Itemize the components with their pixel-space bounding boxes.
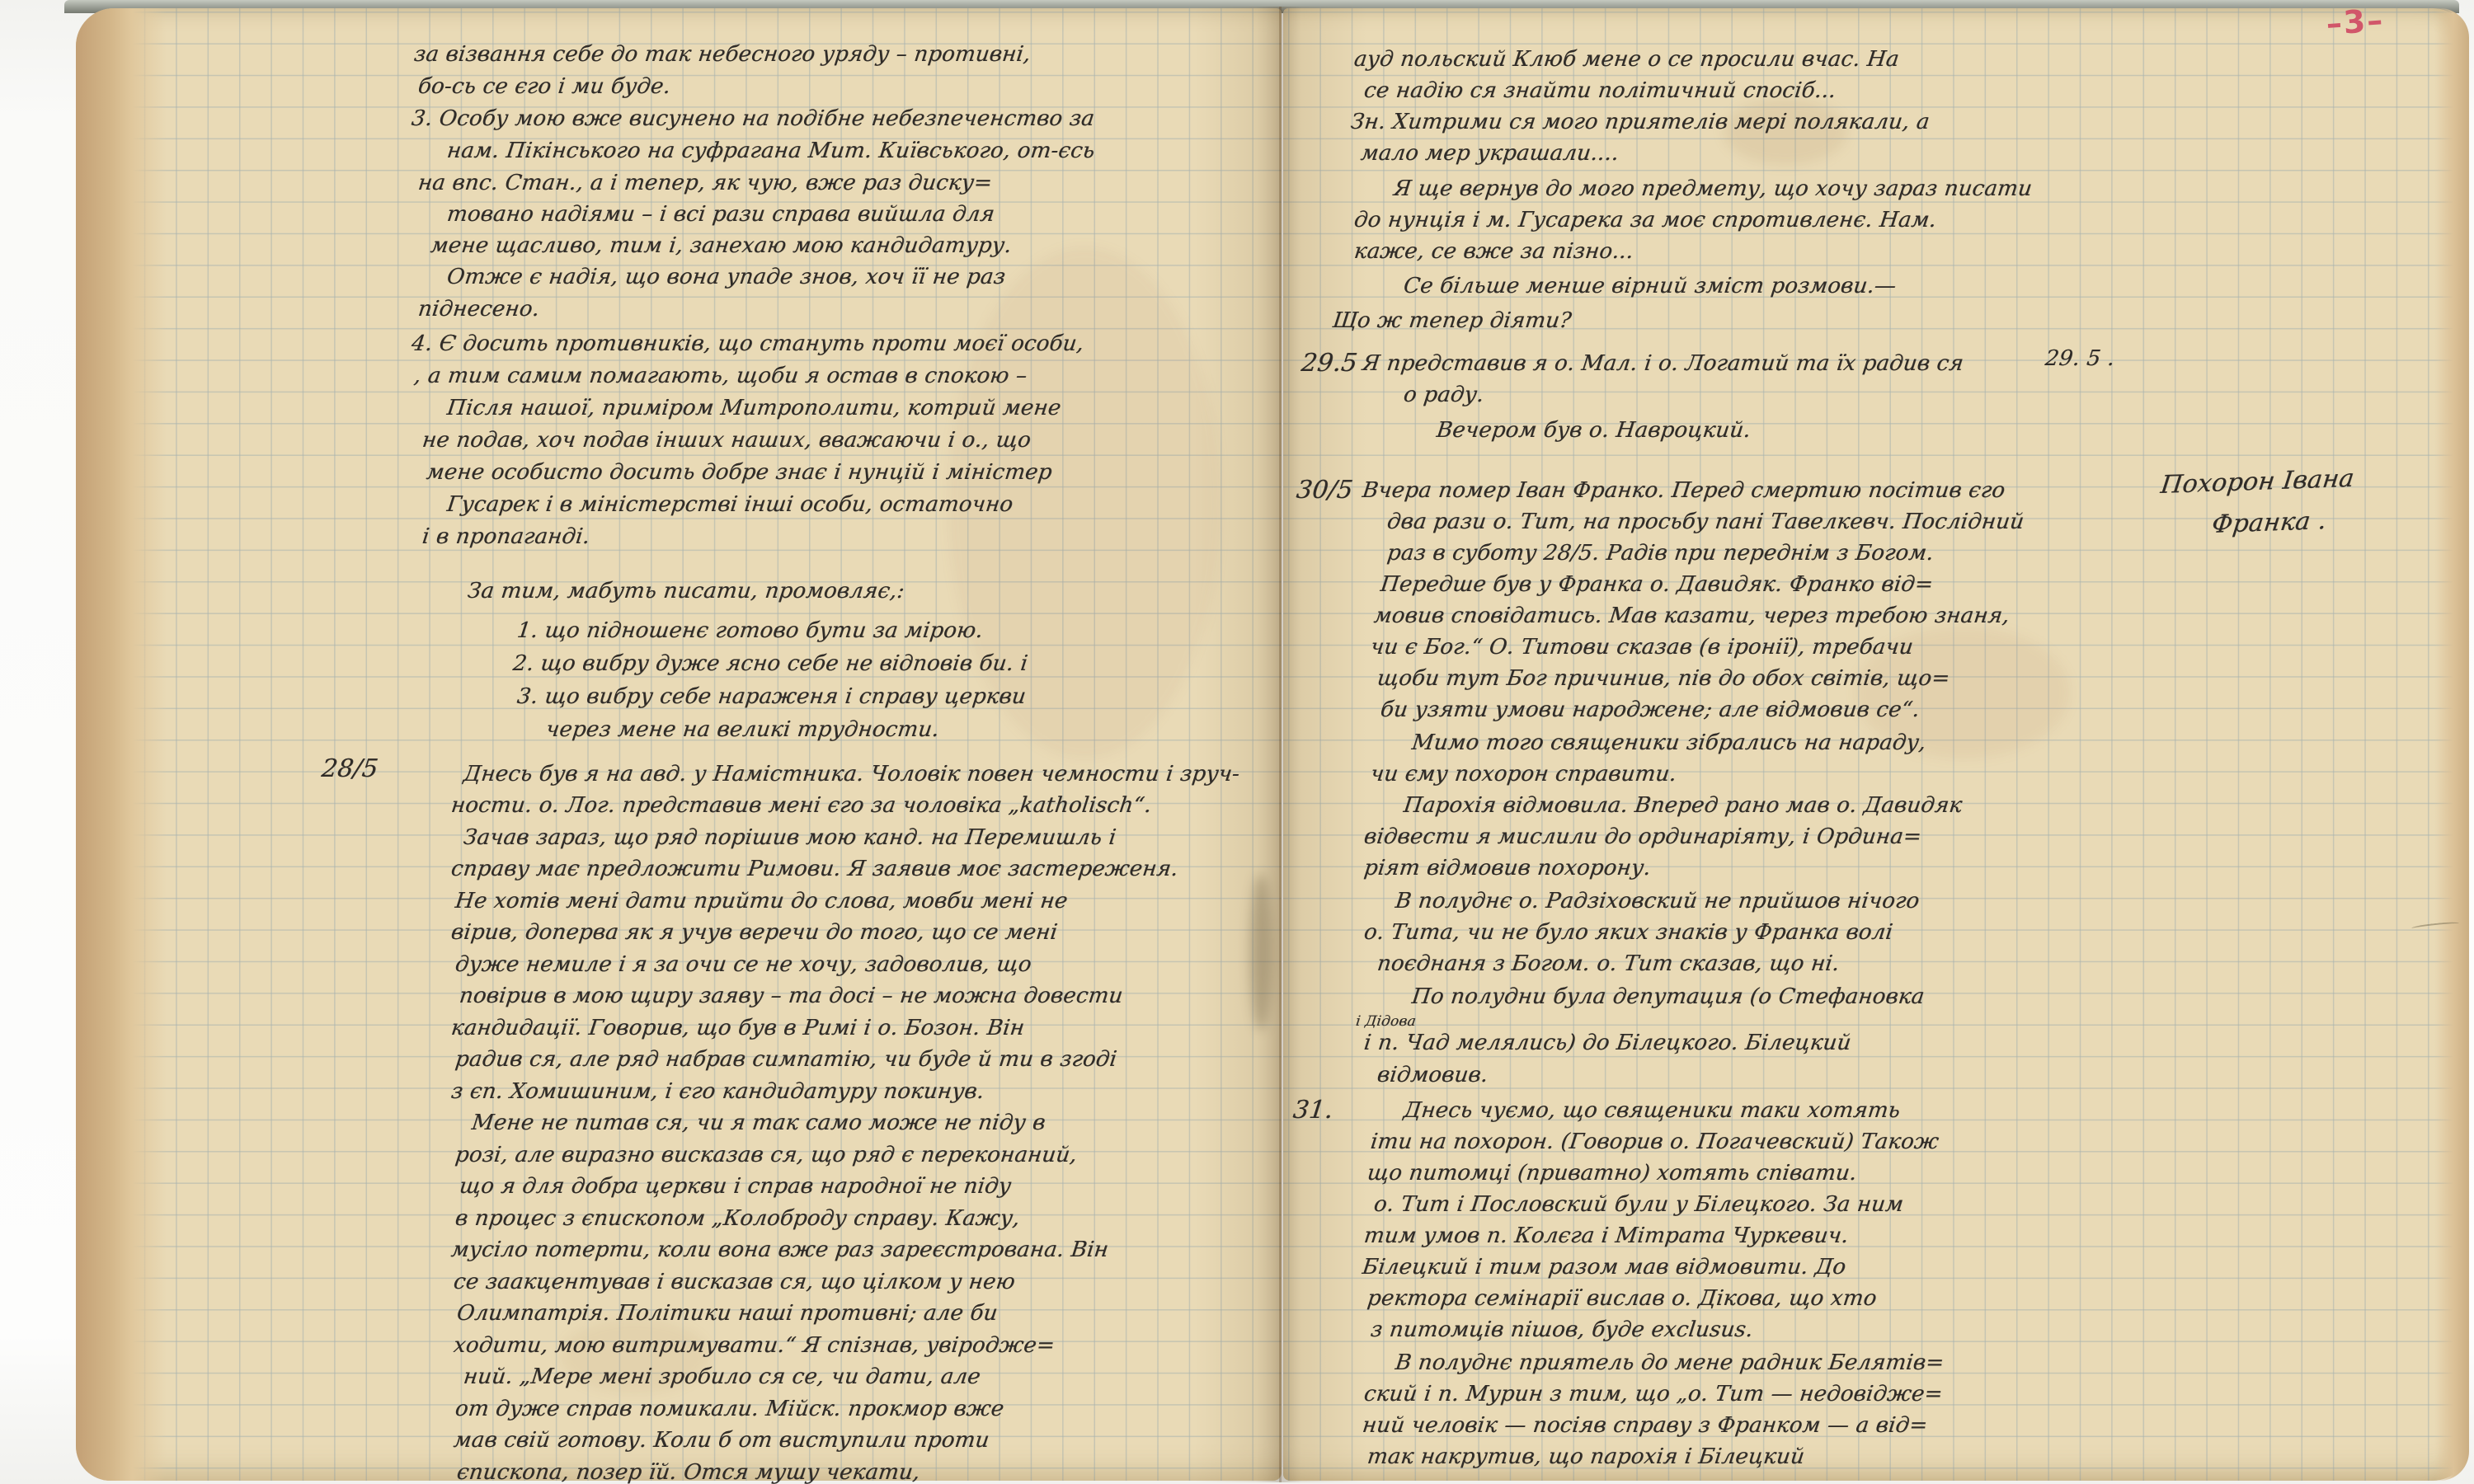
handwritten-line: би узяти умови народжене; але відмовив с… — [1379, 696, 1921, 724]
handwritten-line: дуже немиле і я за очи се не хочу, задов… — [454, 951, 1033, 979]
handwritten-line: так накрутив, що парохія і Білецкий — [1366, 1443, 1806, 1471]
handwritten-line: 4. Є досить противників, що стануть прот… — [410, 330, 1085, 358]
margin-date: 29.5 — [1300, 350, 1359, 378]
handwritten-line: ріят відмовив похорону. — [1362, 854, 1653, 882]
handwritten-line: з питомців пішов, буде exclusus. — [1369, 1316, 1755, 1344]
handwritten-line: Се більше менше вірний зміст розмови.— — [1402, 272, 1898, 300]
handwritten-line: справу має предложити Римови. Я заявив м… — [449, 855, 1180, 883]
handwritten-line: се заакцентував і висказав ся, що цілком… — [452, 1268, 1017, 1296]
handwritten-line: Передше був у Франка о. Давидяк. Франко … — [1379, 571, 1935, 599]
handwritten-line: 2. що вибру дуже ясно себе не відповів б… — [511, 650, 1029, 678]
handwritten-line: Днесь чуємо, що священики таки хотять — [1402, 1097, 1902, 1125]
handwritten-line: Я представив я о. Мал. і о. Логатий та ї… — [1361, 350, 1965, 378]
handwritten-line: кандидації. Говорив, що був в Римі і о. … — [449, 1014, 1026, 1042]
handwritten-line: По полудни була депутация (о Стефановка — [1410, 983, 1926, 1011]
handwritten-line: каже, се вже за пізно... — [1352, 237, 1635, 265]
handwritten-line: два рази о. Тит, на просьбу пані Тавелке… — [1385, 508, 2025, 536]
handwritten-line: іти на похорон. (Говорив о. Погачевский)… — [1369, 1128, 1940, 1156]
handwritten-line: розі, але виразно висказав ся, що ряд є … — [454, 1141, 1079, 1169]
handwritten-line: Зн. Хитрими ся мого приятелів мері поляк… — [1349, 108, 1931, 136]
handwritten-line: радив ся, але ряд набрав симпатію, чи бу… — [454, 1045, 1118, 1073]
handwritten-line: мовив сповідатись. Мав казати, через тре… — [1372, 602, 2011, 630]
handwritten-line: 3. Особу мою вже висунено на подібне неб… — [410, 105, 1096, 133]
handwritten-line: в процес з єпископом „Колоброду справу. … — [454, 1205, 1022, 1233]
margin-note-line: Франка . — [2210, 507, 2328, 539]
page-number: –3– — [2326, 6, 2386, 38]
handwritten-line: мусіло потерти, коли вона вже раз зареєс… — [449, 1236, 1110, 1264]
handwritten-line: Мимо того священики зібрались на нараду, — [1410, 729, 1927, 757]
handwritten-line: В полуднє приятель до мене радник Беляті… — [1394, 1349, 1945, 1377]
handwritten-line: Не хотів мені дати прийти до слова, мовб… — [454, 887, 1070, 915]
handwritten-line: В полуднє о. Радзіховский не прийшов ніч… — [1394, 887, 1921, 915]
handwritten-line: Вечером був о. Навроцкий. — [1435, 416, 1752, 444]
handwritten-line: Я ще вернув до мого предмету, що хочу за… — [1392, 175, 2034, 203]
handwritten-line: Олимпатрія. Політики наші противні; але … — [455, 1299, 999, 1327]
handwritten-line: 3. що вибру себе нараженя і справу церкв… — [515, 683, 1028, 711]
handwritten-line: і в пропаганді. — [421, 523, 591, 551]
handwritten-line: ности. о. Лог. представив мені єго за чо… — [449, 791, 1153, 819]
notebook-scan: 28/5за візвання себе до так небесного ур… — [0, 0, 2474, 1484]
handwritten-line: піднесено. — [416, 295, 541, 323]
handwritten-line: тим умов п. Колєга і Мітрата Чуркевич. — [1362, 1222, 1851, 1250]
handwritten-line: відвести я мислили до ординаріяту, і Орд… — [1362, 823, 1923, 851]
handwritten-line: мене особисто досить добре знає і нунцій… — [425, 458, 1054, 486]
handwritten-line: 29. 5 . — [2044, 345, 2116, 373]
handwritten-line: поєднаня з Богом. о. Тит сказав, що ні. — [1376, 950, 1841, 978]
handwritten-line: мало мер украшали.... — [1359, 139, 1620, 167]
handwritten-line: о. Тита, чи не було яких знаків у Франка… — [1362, 918, 1894, 946]
handwritten-line: о раду. — [1402, 381, 1485, 409]
handwritten-line: Зачав зараз, що ряд порішив мою канд. на… — [462, 824, 1117, 852]
handwritten-line: ходити, мою витримувати.“ Я спізнав, уві… — [452, 1331, 1056, 1360]
handwritten-line: що питомці (приватно) хотять співати. — [1366, 1159, 1859, 1187]
handwritten-line: повірив в мою щиру заяву – та досі – не … — [458, 982, 1125, 1010]
handwritten-line: бо-сь се єго і ми буде. — [416, 73, 672, 101]
handwritten-line: і п. Чад мелялись) до Білецкого. Білецки… — [1362, 1029, 1853, 1057]
handwritten-line: з єп. Хомишиним, і єго кандидатуру покин… — [449, 1078, 985, 1106]
handwritten-line: щоби тут Бог причинив, пів до обох світі… — [1376, 665, 1951, 693]
handwritten-line: за візвання себе до так небесного уряду … — [412, 40, 1032, 68]
handwritten-line: Білецкий і тим разом мав відмовити. До — [1361, 1253, 1847, 1281]
handwritten-line: Днесь був я на авд. у Намістника. Чолові… — [462, 760, 1241, 788]
handwritten-line: не подав, хоч подав інших наших, вважаюч… — [421, 426, 1032, 454]
handwritten-line: от дуже справ помикали. Мійск. прокмор в… — [454, 1395, 1005, 1423]
handwritten-line: 1. що підношенє готово бути за мірою. — [515, 617, 985, 645]
handwritten-line: відмовив. — [1376, 1061, 1489, 1089]
margin-date: 30/5 — [1295, 477, 1354, 505]
handwritten-line: раз в суботу 28/5. Радів при переднім з … — [1385, 539, 1935, 567]
handwritten-line: нам. Пікінського на суфрагана Мит. Київс… — [445, 137, 1096, 165]
handwritten-line: Що ж тепер діяти? — [1331, 307, 1573, 335]
handwritten-line: Мене не питав ся, чи я так само може не … — [470, 1109, 1047, 1137]
handwritten-line: чи єму похорон справити. — [1369, 760, 1678, 788]
page-fore-edge-left — [76, 8, 167, 1481]
handwritten-line: о. Тит і Пословский були у Білецкого. За… — [1372, 1190, 1905, 1219]
handwritten-line: Парохія відмовила. Вперед рано мав о. Да… — [1402, 791, 1964, 819]
handwritten-line: що я для добра церкви і справ народної н… — [458, 1172, 1013, 1200]
handwritten-line: ский і п. Мурин з тим, що „о. Тит — недо… — [1362, 1380, 1945, 1408]
handwritten-line: Вчера помер Іван Франко. Перед смертию п… — [1361, 477, 2006, 505]
handwritten-line: се надію ся знайти політичний спосіб... — [1362, 77, 1837, 105]
handwritten-line: , а тим самим помагають, щоби я остав в … — [412, 362, 1028, 390]
handwritten-line: мав свій готову. Коли б от виступили про… — [452, 1426, 991, 1454]
handwritten-line: ауд польский Клюб мене о се просили вчас… — [1352, 45, 1901, 73]
margin-date: 31. — [1291, 1097, 1334, 1125]
handwritten-line: товано надіями – і всі рази справа вийшл… — [445, 200, 996, 228]
handwritten-line: вірив, доперва як я учув веречи до того,… — [449, 918, 1059, 946]
handwritten-line: Гусарек і в міністерстві інші особи, ост… — [445, 491, 1014, 519]
handwritten-line: Отже є надія, що вона упаде знов, хоч її… — [445, 263, 1007, 291]
handwritten-line: Після нашої, приміром Митрополити, котри… — [445, 394, 1062, 422]
handwritten-line: ний человік — посіяв справу з Франком — … — [1361, 1411, 1929, 1439]
handwritten-line: через мене на великі трудности. — [544, 716, 941, 744]
page-fore-edge-right — [2434, 8, 2469, 1481]
handwritten-line: на впс. Стан., а і тепер, як чую, вже ра… — [416, 169, 994, 197]
handwritten-line: до нунція і м. Гусарека за моє спротивле… — [1352, 206, 1938, 234]
handwritten-line: мене щасливо, тим і, занехаю мою кандида… — [429, 232, 1014, 260]
handwritten-line: чи є Бог.“ О. Титови сказав (в іронії), … — [1369, 633, 1915, 661]
handwritten-line: ний. „Мере мені зробило ся се, чи дати, … — [462, 1363, 982, 1391]
handwritten-line: ректора семінарії вислав о. Дікова, що х… — [1366, 1284, 1879, 1313]
handwritten-line: єпископа, позер їй. Отся мушу чекати, — [455, 1458, 921, 1484]
margin-date: 28/5 — [320, 755, 379, 783]
handwritten-line: За тим, мабуть писати, промовляє,: — [466, 577, 906, 605]
